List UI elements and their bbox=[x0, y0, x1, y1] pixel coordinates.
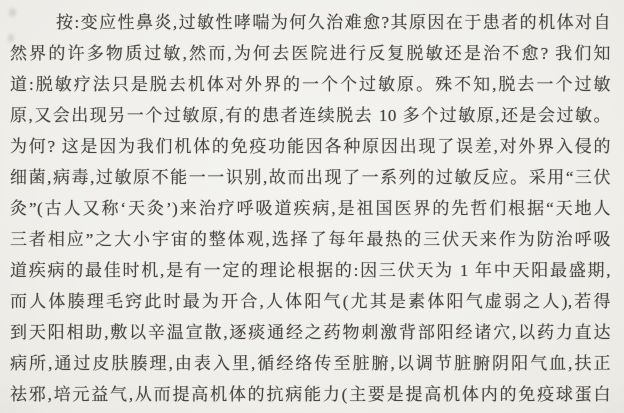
text-line: 而人体腠理毛窍此时最为开合,人体阳气(尤其是素体阳气虚弱之人),若得 bbox=[10, 286, 611, 317]
text-line: 到天阳相助,敷以辛温宣散,逐痰通经之药物刺激背部阳经诸穴,以药力直达 bbox=[10, 317, 611, 348]
text-line: 按:变应性鼻炎,过敏性哮喘为何久治难愈?其原因在于患者的机体对自 bbox=[10, 7, 611, 38]
text-line: 三者相应”之大小宇宙的整体观,选择了每年最热的三伏天来作为防治呼吸 bbox=[10, 224, 611, 255]
scanned-document-page: 按:变应性鼻炎,过敏性哮喘为何久治难愈?其原因在于患者的机体对自 然界的许多物质… bbox=[0, 0, 624, 413]
text-line: 然界的许多物质过敏,然而,为何去医院进行反复脱敏还是治不愈? 我们知 bbox=[10, 38, 611, 69]
text-line: 原,又会出现另一个过敏原,有的患者连续脱去 10 多个过敏原,还是会过敏。 bbox=[10, 100, 611, 131]
text-line: 细菌,病毒,过敏原不能一一识别,故而出现了一系列的过敏反应。采用“三伏 bbox=[10, 162, 611, 193]
text-line: 道:脱敏疗法只是脱去机体对外界的一个个过敏原。殊不知,脱去一个过敏 bbox=[10, 69, 611, 100]
scan-artifact bbox=[9, 8, 16, 17]
text-line: 祛邪,培元益气,从而提高机体的抗病能力(主要是提高机体内的免疫球蛋白 bbox=[10, 379, 611, 410]
text-line: 病所,通过皮肤腠理,由表入里,循经络传至脏腑,以调节脏腑阴阳气血,扶正 bbox=[10, 348, 611, 379]
text-line: 为何? 这是因为我们机体的免疫功能因各种原因出现了误差,对外界入侵的 bbox=[10, 131, 611, 162]
text-line: 灸”(古人又称‘天灸’)来治疗呼吸道疾病,是祖国医界的先哲们根据“天地人 bbox=[10, 193, 611, 224]
text-line: 道疾病的最佳时机,是有一定的理论根据的:因三伏天为 1 年中天阳最盛期, bbox=[10, 255, 611, 286]
scan-artifact bbox=[8, 34, 14, 42]
